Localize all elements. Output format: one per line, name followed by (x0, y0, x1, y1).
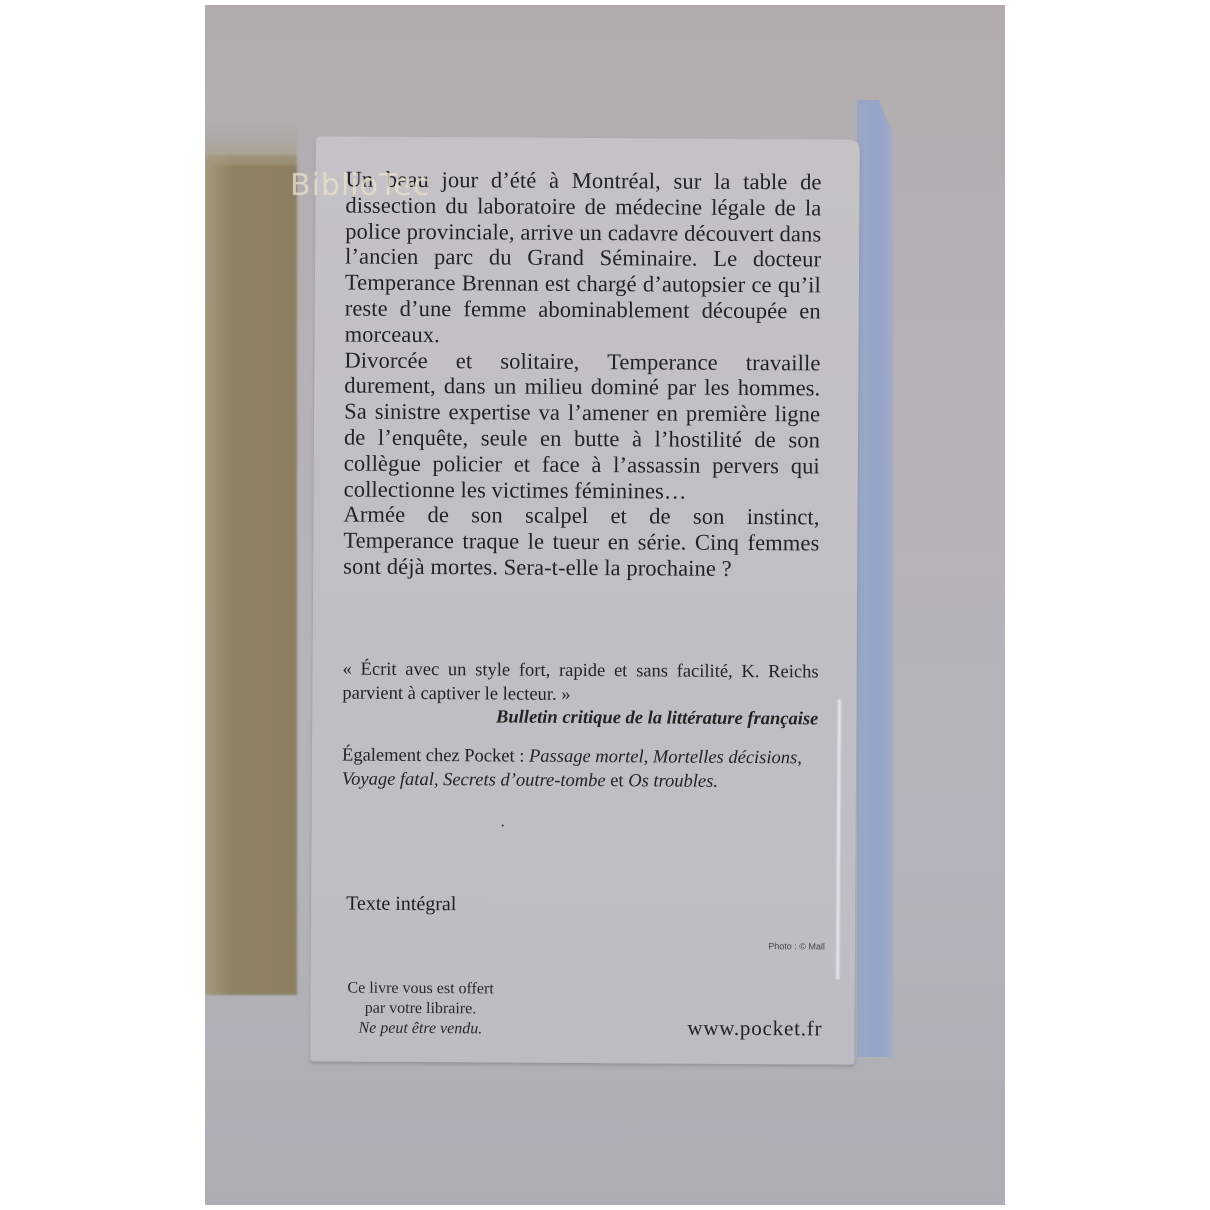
edition-note: Texte intégral (346, 893, 456, 917)
title-1: Passage mortel (529, 747, 644, 768)
offer-notice: Ce livre vous est offert par votre libra… (320, 978, 520, 1039)
review-text: « Écrit avec un style fort, rapide et sa… (342, 659, 818, 709)
offer-line-3: Ne peut être vendu. (320, 1018, 520, 1039)
also-by-prefix: Également chez Pocket : (342, 746, 529, 767)
review-quote: « Écrit avec un style fort, rapide et sa… (342, 659, 818, 732)
offer-line-1: Ce livre vous est offert (321, 978, 521, 999)
photo-credit: Photo : © Mall (768, 941, 825, 951)
stray-dot (502, 824, 504, 826)
synopsis-paragraph-1: Un beau jour d’été à Montréal, sur la ta… (345, 167, 822, 350)
conjunction: et (606, 771, 629, 791)
book-spine-blue-edge (857, 100, 893, 1057)
synopsis-paragraph-3: Armée de son scalpel et de son instinct,… (343, 502, 819, 582)
book-back-cover: Un beau jour d’été à Montréal, sur la ta… (310, 136, 860, 1064)
also-by-author: Également chez Pocket : Passage mortel, … (342, 745, 818, 795)
background-object-olive (205, 155, 297, 995)
separator: , (434, 770, 443, 790)
separator: , (644, 747, 653, 767)
synopsis-paragraph-2: Divorcée et solitaire, Temperance travai… (344, 347, 821, 505)
title-3: Voyage fatal (342, 769, 434, 790)
book-photo: Un beau jour d’été à Montréal, sur la ta… (205, 5, 1005, 1205)
title-4: Secrets d’outre-tombe (443, 770, 606, 791)
publisher-website: www.pocket.fr (687, 1016, 822, 1042)
synopsis: Un beau jour d’été à Montréal, sur la ta… (343, 167, 822, 583)
cover-glare (835, 700, 843, 980)
separator: , (797, 748, 802, 768)
offer-line-2: par votre libraire. (320, 998, 520, 1019)
review-source: Bulletin critique de la littérature fran… (342, 706, 818, 732)
period: . (713, 771, 718, 791)
title-2: Mortelles décisions (653, 747, 798, 768)
title-5: Os troubles (628, 771, 713, 792)
